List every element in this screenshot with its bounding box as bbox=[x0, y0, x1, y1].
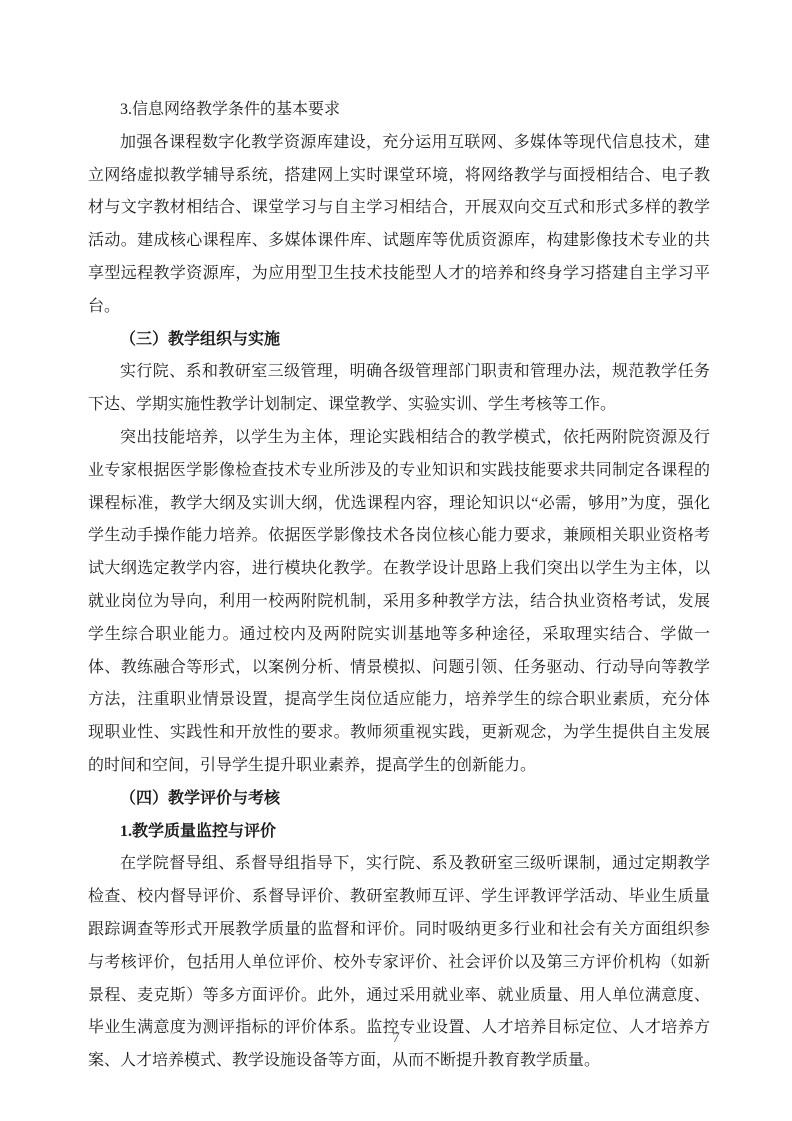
page-number: 7 bbox=[0, 1028, 792, 1048]
body-paragraph-three-level-management: 实行院、系和教研室三级管理，明确各级管理部门职责和管理办法，规范教学任务下达、学… bbox=[88, 356, 710, 422]
body-paragraph-skills-training: 突出技能培养，以学生为主体，理论实践相结合的教学模式，依托两附院资源及行业专家根… bbox=[88, 422, 710, 783]
document-page: 3.信息网络教学条件的基本要求 加强各课程数字化教学资源库建设，充分运用互联网、… bbox=[0, 0, 792, 1121]
numbered-subheading-info-network: 3.信息网络教学条件的基本要求 bbox=[88, 94, 710, 127]
section-heading-teaching-organization: （三）教学组织与实施 bbox=[88, 324, 710, 357]
body-paragraph-digital-resources: 加强各课程数字化教学资源库建设，充分运用互联网、多媒体等现代信息技术，建立网络虚… bbox=[88, 127, 710, 324]
numbered-heading-quality-monitoring: 1.教学质量监控与评价 bbox=[88, 816, 710, 849]
section-heading-teaching-evaluation: （四）教学评价与考核 bbox=[88, 783, 710, 816]
